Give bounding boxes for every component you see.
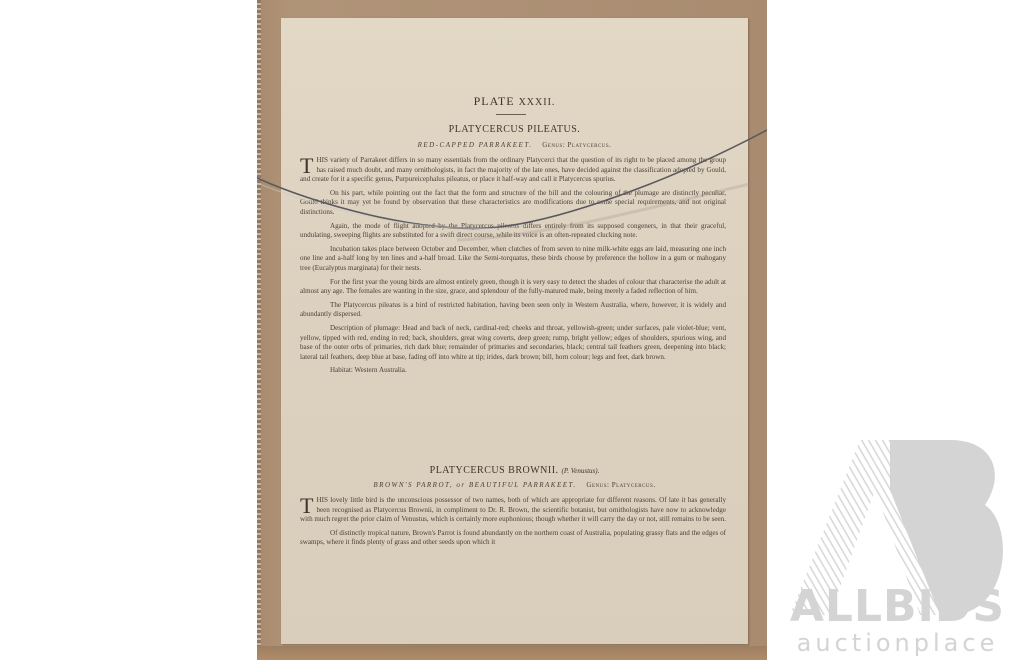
heading-rule	[496, 114, 526, 115]
species-title-pileatus: PLATYCERCUS PILEATUS.	[281, 124, 748, 135]
paragraph-plumage: Description of plumage: Head and back of…	[300, 324, 726, 362]
common-name-text: BROWN'S PARROT, or BEAUTIFUL PARRAKEET.	[373, 481, 576, 489]
section-brownii-body: THIS lovely little bird is the unconscio…	[300, 496, 726, 548]
section-pileatus-body: THIS variety of Parrakeet differs in so …	[300, 156, 726, 376]
paragraph-intro: THIS lovely little bird is the unconscio…	[300, 496, 726, 525]
common-name-brownii: BROWN'S PARROT, or BEAUTIFUL PARRAKEET. …	[281, 481, 748, 489]
genus-label: Genus: Platycercus.	[542, 141, 611, 149]
common-name-text: RED-CAPPED PARRAKEET.	[418, 141, 533, 149]
genus-label: Genus: Platycercus.	[586, 481, 655, 489]
paragraph-text: HIS variety of Parrakeet differs in so m…	[300, 156, 726, 183]
dropcap-letter: T	[300, 157, 313, 175]
paragraph-incubation: Incubation takes place between October a…	[300, 245, 726, 274]
common-name-pileatus: RED-CAPPED PARRAKEET. Genus: Platycercus…	[281, 141, 748, 149]
paragraph-flight: Again, the mode of flight adopted by the…	[300, 222, 726, 241]
watermark-tagline: auctionplace	[775, 630, 1020, 656]
paragraph-habitation: The Platycercus pileatus is a bird of re…	[300, 301, 726, 320]
plate-label: PLATE	[474, 94, 515, 108]
paragraph-structure: On his part, while pointing out the fact…	[300, 189, 726, 218]
species-name: PLATYCERCUS BROWNII.	[430, 465, 559, 476]
species-alt-name: (P. Venustus).	[562, 467, 600, 475]
paragraph-intro: THIS variety of Parrakeet differs in so …	[300, 156, 726, 185]
dropcap-letter: T	[300, 497, 313, 515]
plate-numeral: XXXII.	[519, 97, 556, 108]
paragraph-young: For the first year the young birds are a…	[300, 278, 726, 297]
plate-heading: PLATE XXXII.	[281, 94, 748, 109]
paragraph-text: HIS lovely little bird is the unconsciou…	[300, 496, 726, 523]
paragraph-habitat: Habitat: Western Australia.	[300, 366, 726, 376]
watermark-brand: ALLBIDS	[775, 585, 1020, 629]
paragraph-tropical: Of distinctly tropical nature, Brown's P…	[300, 529, 726, 548]
species-title-brownii: PLATYCERCUS BROWNII. (P. Venustus).	[281, 465, 748, 476]
